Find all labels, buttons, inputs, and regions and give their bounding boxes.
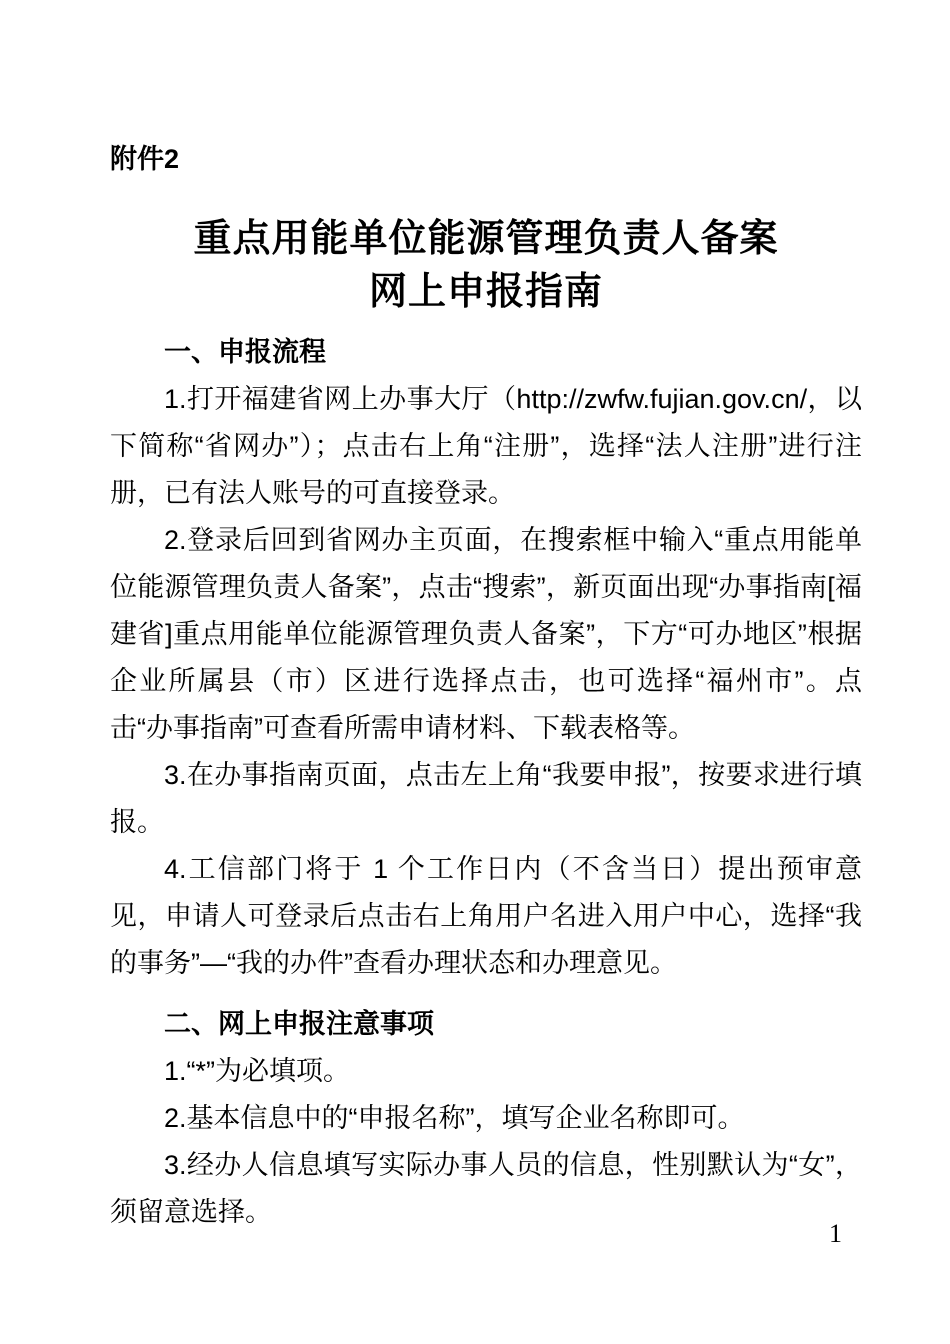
document-page: 附件2 重点用能单位能源管理负责人备案网上申报指南 一、申报流程 1.打开福建省… <box>0 0 950 1344</box>
document-title-line2: 网上申报指南 <box>369 271 603 313</box>
document-title: 重点用能单位能源管理负责人备案网上申报指南 <box>110 213 862 319</box>
paragraph-step-1: 1.打开福建省网上办事大厅（http://zwfw.fujian.gov.cn/… <box>110 376 862 517</box>
attachment-label: 附件2 <box>110 143 862 175</box>
paragraph-step-3: 3.在办事指南页面，点击左上角“我要申报”，按要求进行填报。 <box>110 752 862 846</box>
section-heading-application-process: 一、申报流程 <box>110 329 862 376</box>
section-heading-online-notes: 二、网上申报注意事项 <box>110 1001 862 1048</box>
paragraph-step-2: 2.登录后回到省网办主页面，在搜索框中输入“重点用能单位能源管理负责人备案”，点… <box>110 517 862 752</box>
paragraph-note-2: 2.基本信息中的“申报名称”，填写企业名称即可。 <box>110 1095 862 1142</box>
document-title-line1: 重点用能单位能源管理负责人备案 <box>193 218 778 260</box>
paragraph-step-4: 4.工信部门将于 1 个工作日内（不含当日）提出预审意见，申请人可登录后点击右上… <box>110 846 862 987</box>
paragraph-note-3: 3.经办人信息填写实际办事人员的信息，性别默认为“女”，须留意选择。 <box>110 1142 862 1236</box>
paragraph-note-1: 1.“*”为必填项。 <box>110 1048 862 1095</box>
page-number: 1 <box>829 1220 842 1248</box>
